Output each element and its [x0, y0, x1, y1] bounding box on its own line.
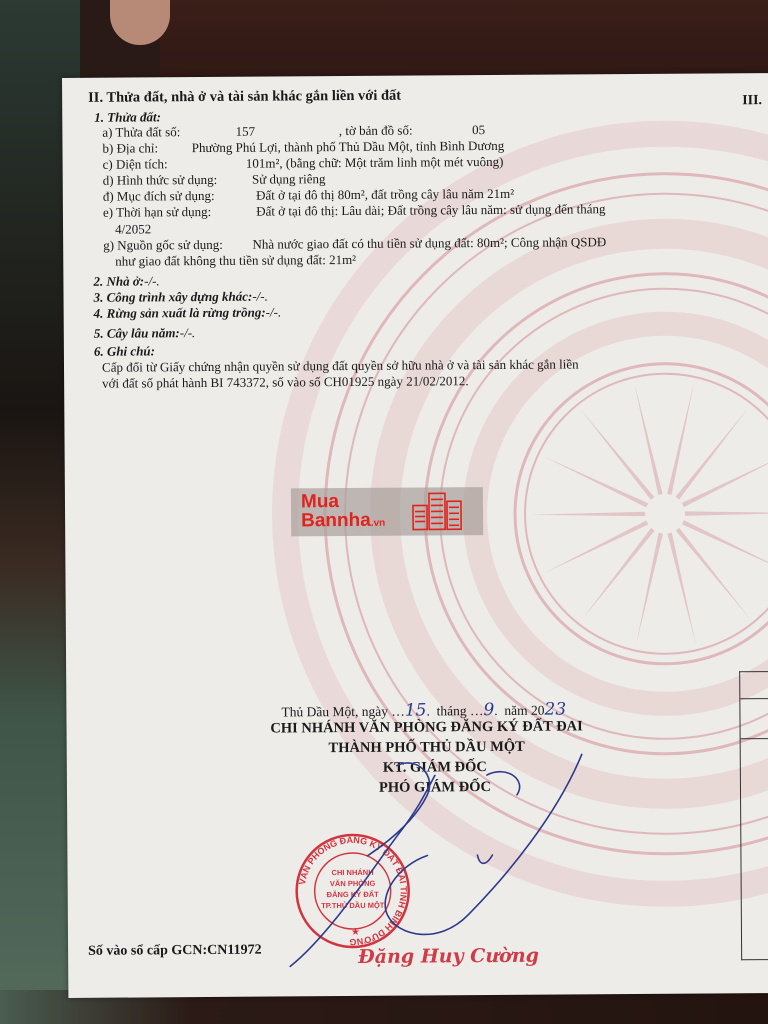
- svg-text:VĂN PHÒNG: VĂN PHÒNG: [330, 879, 376, 888]
- term-row: e) Thời hạn sử dụng: Đất ở tại đô thị: L…: [103, 201, 606, 221]
- origin-continuation: như giao đất không thu tiền sử dụng đất:…: [115, 252, 356, 270]
- item-value: -/-.: [252, 289, 268, 305]
- purpose-value: Đất ở tại đô thị 80m², đất trồng cây lâu…: [256, 186, 514, 204]
- land-certificate-page: II. Thửa đất, nhà ở và tài sản khác gắn …: [62, 73, 768, 998]
- plot-number-label: a) Thửa đất số:: [102, 124, 232, 141]
- item-label: 2. Nhà ở:: [93, 273, 144, 288]
- official-stamp-icon: VĂN PHÒNG ĐĂNG KÝ ĐẤT ĐAI TỈNH BÌNH DƯƠN…: [292, 831, 413, 952]
- issue-day: 15: [405, 700, 427, 720]
- next-section-marker: III.: [742, 93, 762, 109]
- svg-text:★: ★: [351, 927, 360, 938]
- map-sheet-label: , tờ bản đồ số:: [339, 122, 469, 139]
- item-perennial-trees: 5. Cây lâu năm: -/-.: [94, 325, 196, 342]
- plot-number-value: 157: [236, 123, 336, 140]
- gcn-register-number: Số vào sổ cấp GCN:CN11972: [88, 943, 262, 960]
- item-house: 2. Nhà ở: -/-.: [93, 273, 159, 289]
- month-label: tháng: [437, 703, 467, 718]
- land-plot-heading: 1. Thửa đất:: [94, 109, 161, 125]
- year-label: năm 20: [504, 703, 544, 718]
- origin-row: g) Nguồn gốc sử dụng: Nhà nước giao đất …: [103, 234, 606, 254]
- watermark-line1: Mua: [301, 492, 385, 512]
- issue-month: 9: [483, 700, 494, 720]
- issue-year-suffix: 23: [544, 699, 566, 719]
- notes-line-2: với đất số phát hành BI 743372, số vào s…: [102, 373, 469, 392]
- watermark: Mua Bannha.vn: [291, 487, 483, 536]
- term-value: Đất ở tại đô thị: Lâu dài; Đất trồng cây…: [256, 201, 605, 219]
- item-label: 4. Rừng sản xuất là rừng trồng:: [94, 305, 266, 321]
- map-sheet-value: 05: [472, 122, 485, 138]
- office-line-4: PHÓ GIÁM ĐỐC: [75, 777, 768, 799]
- origin-label: g) Nguồn gốc sử dụng:: [103, 237, 249, 254]
- section-title: II. Thửa đất, nhà ở và tài sản khác gắn …: [88, 88, 401, 107]
- item-value: -/-.: [266, 304, 282, 320]
- office-line-1: CHI NHÁNH VĂN PHÒNG ĐĂNG KÝ ĐẤT ĐAI: [66, 717, 768, 739]
- office-line-2: THÀNH PHỐ THỦ DẦU MỘT: [67, 737, 768, 759]
- watermark-line2: Bannha: [301, 510, 371, 531]
- svg-text:CHI NHÁNH: CHI NHÁNH: [331, 868, 373, 877]
- place-date-prefix: Thủ Dầu Một, ngày: [281, 704, 388, 720]
- usage-form-label: d) Hình thức sử dụng:: [103, 172, 249, 189]
- area-label: c) Diện tích:: [103, 156, 243, 173]
- item-value: -/-.: [144, 273, 160, 289]
- item-label: 5. Cây lâu năm:: [94, 325, 180, 341]
- buildings-logo-icon: [411, 491, 463, 531]
- term-continuation: 4/2052: [115, 221, 151, 237]
- signer-name: Đặng Huy Cường: [358, 945, 539, 968]
- item-value: -/-.: [180, 325, 196, 341]
- svg-text:TP.THỦ DẦU MỘT: TP.THỦ DẦU MỘT: [321, 900, 385, 910]
- watermark-suffix: .vn: [371, 518, 386, 529]
- item-other-construction: 3. Công trình xây dựng khác: -/-.: [93, 289, 267, 306]
- purpose-label: đ) Mục đích sử dụng:: [103, 188, 253, 205]
- watermark-text: Mua Bannha.vn: [301, 492, 385, 534]
- area-value: 101m², (bằng chữ: Một trăm linh một mét …: [246, 154, 504, 172]
- usage-form-value: Sử dụng riêng: [252, 171, 326, 188]
- term-label: e) Thời hạn sử dụng:: [103, 204, 253, 221]
- notes-heading: 6. Ghi chú:: [94, 343, 155, 359]
- area-row: c) Diện tích: 101m², (bằng chữ: Một trăm…: [103, 154, 504, 173]
- usage-form-row: d) Hình thức sử dụng: Sử dụng riêng: [103, 171, 326, 189]
- side-table-box: [739, 671, 768, 960]
- office-line-3: KT. GIÁM ĐỐC: [75, 757, 768, 779]
- item-label: 3. Công trình xây dựng khác:: [93, 289, 252, 305]
- address-label: b) Địa chỉ:: [102, 140, 188, 157]
- origin-value: Nhà nước giao đất có thu tiền sử dụng đấ…: [252, 234, 606, 252]
- item-planted-forest: 4. Rừng sản xuất là rừng trồng:-/-.: [94, 304, 282, 321]
- notes-line-1: Cấp đổi từ Giấy chứng nhận quyền sử dụng…: [102, 356, 579, 375]
- svg-text:ĐĂNG KÝ ĐẤT: ĐĂNG KÝ ĐẤT: [327, 889, 380, 899]
